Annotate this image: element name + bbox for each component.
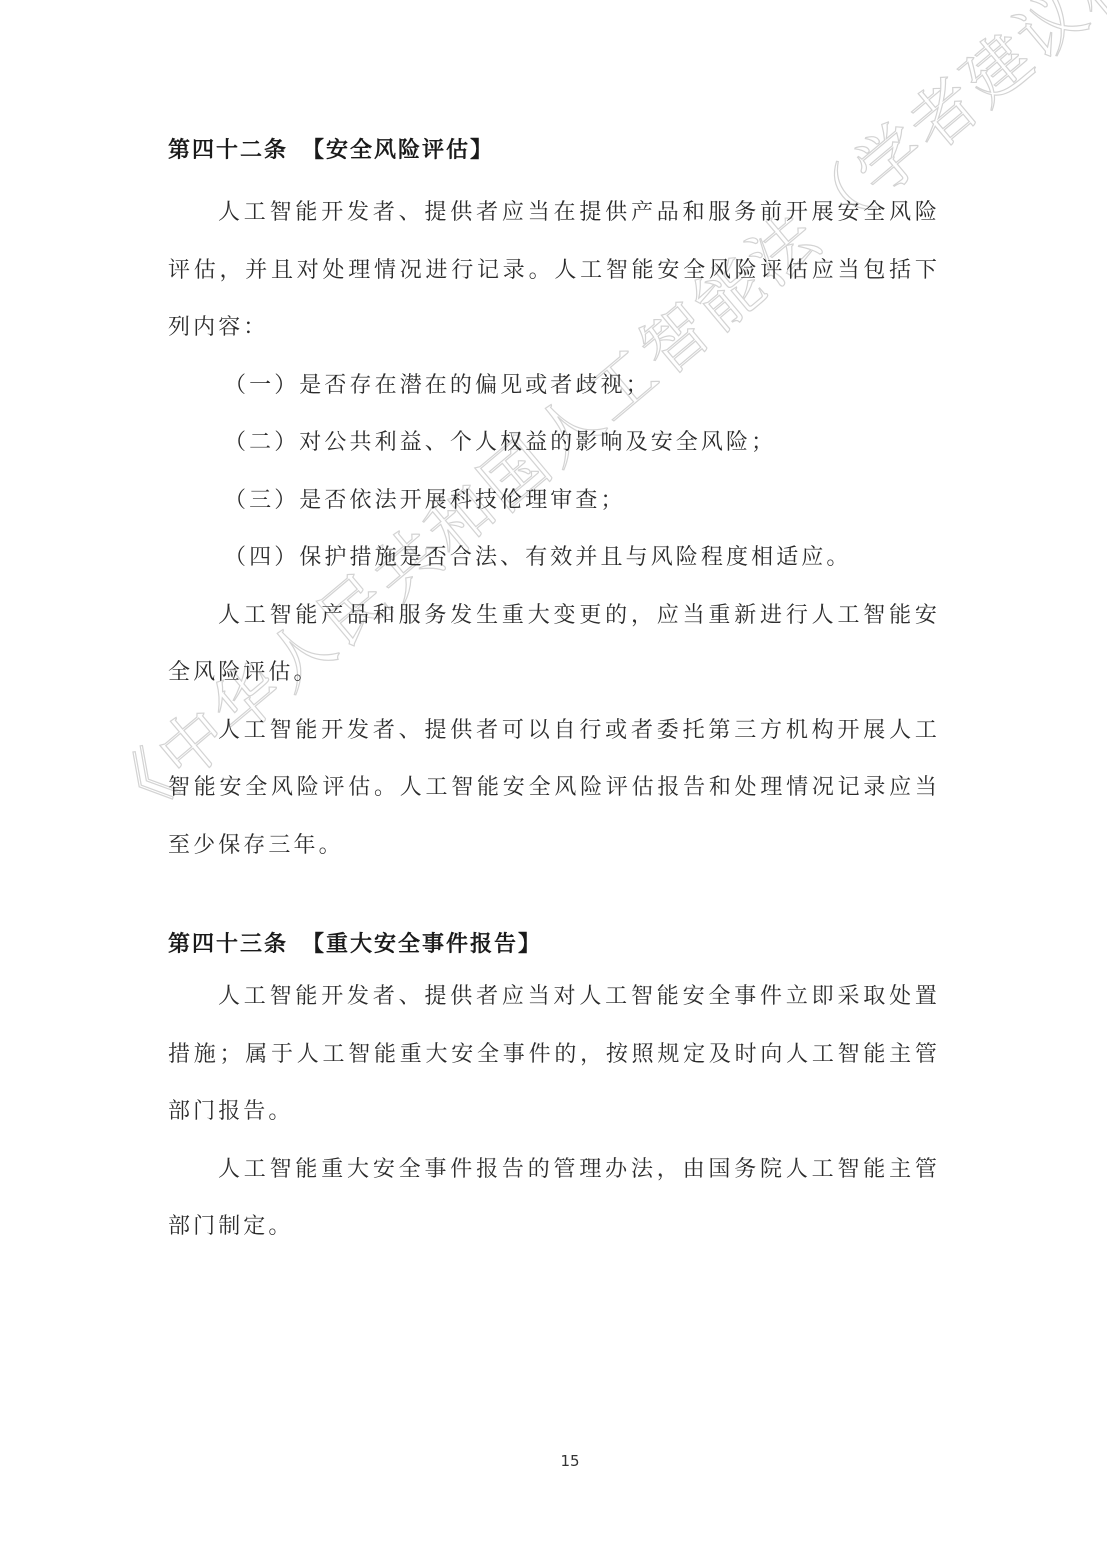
article-43-paragraph-1: 人工智能开发者、提供者应当对人工智能安全事件立即采取处置措施；属于人工智能重大安… <box>168 968 940 1141</box>
page-content: 第四十二条【安全风险评估】 人工智能开发者、提供者应当在提供产品和服务前开展安全… <box>168 128 940 1256</box>
article-43-heading: 第四十三条【重大安全事件报告】 <box>168 922 940 968</box>
article-42-title: 【安全风险评估】 <box>302 138 494 163</box>
article-43: 第四十三条【重大安全事件报告】 人工智能开发者、提供者应当对人工智能安全事件立即… <box>168 922 940 1256</box>
document-page: 《中华人民共和国人工智能法（学者建议稿）》 第四十二条【安全风险评估】 人工智能… <box>0 0 1107 1565</box>
page-number: 15 <box>0 1452 1107 1470</box>
article-42-paragraph-1: 人工智能开发者、提供者应当在提供产品和服务前开展安全风险评估，并且对处理情况进行… <box>168 184 940 357</box>
article-43-title: 【重大安全事件报告】 <box>302 932 542 957</box>
article-42-list-item-4: （四）保护措施是否合法、有效并且与风险程度相适应。 <box>168 529 940 587</box>
article-42-paragraph-3: 人工智能开发者、提供者可以自行或者委托第三方机构开展人工智能安全风险评估。人工智… <box>168 702 940 875</box>
article-42-heading: 第四十二条【安全风险评估】 <box>168 128 940 174</box>
article-43-paragraph-2: 人工智能重大安全事件报告的管理办法，由国务院人工智能主管部门制定。 <box>168 1141 940 1256</box>
article-42-list-item-2: （二）对公共利益、个人权益的影响及安全风险； <box>168 414 940 472</box>
article-42-number: 第四十二条 <box>168 138 288 163</box>
article-42-paragraph-2: 人工智能产品和服务发生重大变更的，应当重新进行人工智能安全风险评估。 <box>168 587 940 702</box>
article-42: 第四十二条【安全风险评估】 人工智能开发者、提供者应当在提供产品和服务前开展安全… <box>168 128 940 874</box>
article-43-number: 第四十三条 <box>168 932 288 957</box>
article-42-list-item-1: （一）是否存在潜在的偏见或者歧视； <box>168 357 940 415</box>
article-42-list-item-3: （三）是否依法开展科技伦理审查； <box>168 472 940 530</box>
